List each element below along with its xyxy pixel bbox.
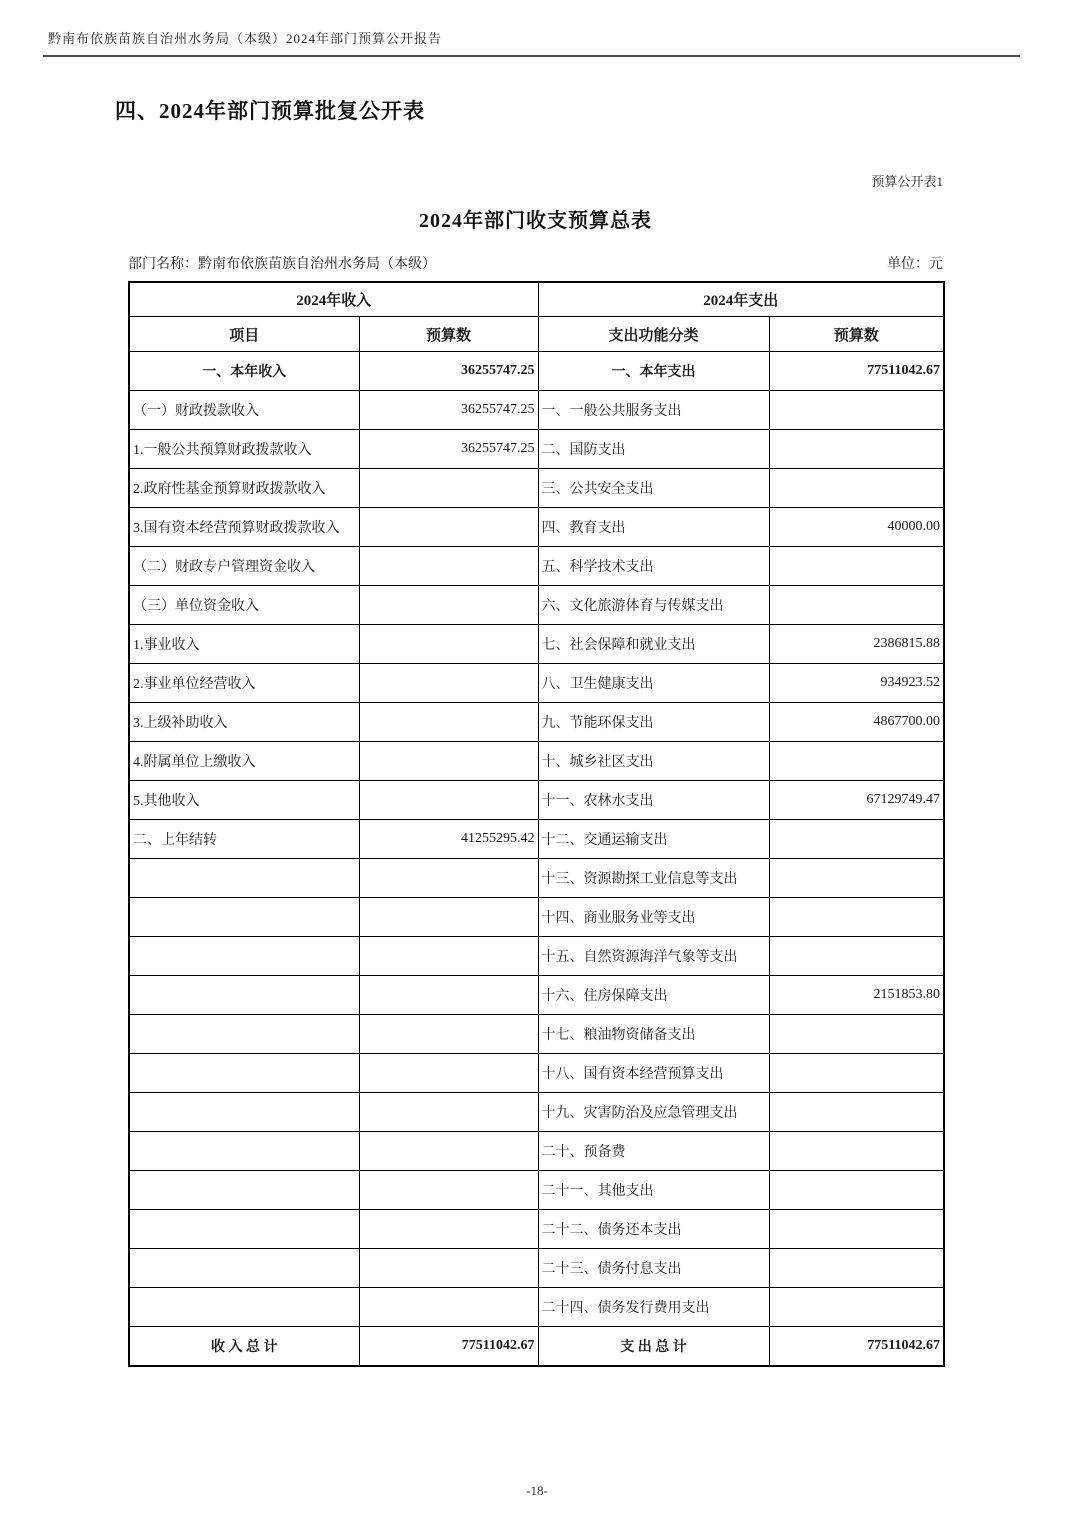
expense-value-cell: [769, 1171, 944, 1210]
document-page: { "page": { "header_title": "黔南布依族苗族自治州水…: [0, 0, 1074, 1520]
expense-item-cell: 十四、商业服务业等支出: [538, 898, 769, 937]
column-header-item: 项目: [129, 317, 359, 352]
income-item-cell: [129, 937, 359, 976]
table-row: 十八、国有资本经营预算支出: [129, 1054, 944, 1093]
page-number: -18-: [0, 1483, 1074, 1499]
department-name: 部门名称：黔南布依族苗族自治州水务局（本级）: [128, 253, 436, 273]
income-section-header: 2024年收入: [129, 282, 538, 317]
table-row: 4.附属单位上缴收入 十、城乡社区支出: [129, 742, 944, 781]
expense-item-cell: 二十四、债务发行费用支出: [538, 1288, 769, 1327]
expense-value-cell: [769, 1210, 944, 1249]
income-value-cell: [359, 937, 538, 976]
income-value-cell: [359, 508, 538, 547]
income-value-cell: 36255747.25: [359, 391, 538, 430]
income-item-cell: 2.政府性基金预算财政拨款收入: [129, 469, 359, 508]
table-row: 5.其他收入 十一、农林水支出 67129749.47: [129, 781, 944, 820]
expense-item-cell: 十七、粮油物资储备支出: [538, 1015, 769, 1054]
table-row: 2.政府性基金预算财政拨款收入 三、公共安全支出: [129, 469, 944, 508]
table-row: 二十二、债务还本支出: [129, 1210, 944, 1249]
expense-value-cell: 40000.00: [769, 508, 944, 547]
table-row: 十六、住房保障支出 2151853.80: [129, 976, 944, 1015]
column-header-budget: 预算数: [359, 317, 538, 352]
income-item-cell: [129, 859, 359, 898]
section-title: 四、2024年部门预算批复公开表: [115, 95, 1074, 125]
income-item-cell: 3.上级补助收入: [129, 703, 359, 742]
expense-item-cell: 一、一般公共服务支出: [538, 391, 769, 430]
table-row: 3.国有资本经营预算财政拨款收入 四、教育支出 40000.00: [129, 508, 944, 547]
income-item-cell: [129, 1288, 359, 1327]
expense-value-cell: 77511042.67: [769, 352, 944, 391]
income-value-cell: [359, 586, 538, 625]
expense-value-cell: [769, 742, 944, 781]
table-row: 十三、资源勘探工业信息等支出: [129, 859, 944, 898]
income-total-label-cell: 收 入 总 计: [129, 1327, 359, 1367]
expense-item-cell: 八、卫生健康支出: [538, 664, 769, 703]
income-item-cell: （二）财政专户管理资金收入: [129, 547, 359, 586]
column-header-budget: 预算数: [769, 317, 944, 352]
table-row: 二十一、其他支出: [129, 1171, 944, 1210]
expense-item-cell: 十三、资源勘探工业信息等支出: [538, 859, 769, 898]
expense-item-cell: 十九、灾害防治及应急管理支出: [538, 1093, 769, 1132]
income-item-cell: （三）单位资金收入: [129, 586, 359, 625]
income-value-cell: [359, 703, 538, 742]
expense-value-cell: [769, 586, 944, 625]
income-value-cell: [359, 1249, 538, 1288]
expense-value-cell: [769, 1288, 944, 1327]
income-value-cell: [359, 1132, 538, 1171]
expense-value-cell: [769, 859, 944, 898]
income-item-cell: [129, 976, 359, 1015]
sheet-meta-row: 部门名称：黔南布依族苗族自治州水务局（本级） 单位：元: [128, 253, 943, 273]
budget-sheet: 预算公开表1 2024年部门收支预算总表 部门名称：黔南布依族苗族自治州水务局（…: [128, 171, 943, 1367]
income-item-cell: 4.附属单位上缴收入: [129, 742, 359, 781]
table-total-row: 收 入 总 计 77511042.67 支 出 总 计 77511042.67: [129, 1327, 944, 1367]
table-section-header-row: 2024年收入 2024年支出: [129, 282, 944, 317]
income-item-cell: [129, 1015, 359, 1054]
table-row: （一）财政拨款收入 36255747.25 一、一般公共服务支出: [129, 391, 944, 430]
expense-item-cell: 十、城乡社区支出: [538, 742, 769, 781]
income-value-cell: [359, 625, 538, 664]
budget-table: 2024年收入 2024年支出 项目 预算数 支出功能分类 预算数 一、本年收入…: [128, 281, 945, 1367]
income-value-cell: [359, 1171, 538, 1210]
income-value-cell: 41255295.42: [359, 820, 538, 859]
income-value-cell: [359, 742, 538, 781]
income-item-cell: [129, 1132, 359, 1171]
income-item-cell: 1.一般公共预算财政拨款收入: [129, 430, 359, 469]
income-value-cell: 36255747.25: [359, 430, 538, 469]
expense-value-cell: [769, 1093, 944, 1132]
expense-total-label-cell: 支 出 总 计: [538, 1327, 769, 1367]
table-row: 1.一般公共预算财政拨款收入 36255747.25 二、国防支出: [129, 430, 944, 469]
page-header-title: 黔南布依族苗族自治州水务局（本级）2024年部门预算公开报告: [48, 28, 1020, 47]
income-value-cell: [359, 1288, 538, 1327]
income-item-cell: 3.国有资本经营预算财政拨款收入: [129, 508, 359, 547]
table-row: 十九、灾害防治及应急管理支出: [129, 1093, 944, 1132]
income-item-cell: 5.其他收入: [129, 781, 359, 820]
income-item-cell: [129, 898, 359, 937]
expense-section-header: 2024年支出: [538, 282, 944, 317]
column-header-function: 支出功能分类: [538, 317, 769, 352]
income-value-cell: 36255747.25: [359, 352, 538, 391]
income-value-cell: [359, 469, 538, 508]
expense-value-cell: [769, 1054, 944, 1093]
income-item-cell: [129, 1093, 359, 1132]
expense-value-cell: [769, 430, 944, 469]
expense-item-cell: 二、国防支出: [538, 430, 769, 469]
table-row: （二）财政专户管理资金收入 五、科学技术支出: [129, 547, 944, 586]
table-row: 二十四、债务发行费用支出: [129, 1288, 944, 1327]
expense-item-cell: 二十三、债务付息支出: [538, 1249, 769, 1288]
expense-item-cell: 十一、农林水支出: [538, 781, 769, 820]
income-value-cell: [359, 1210, 538, 1249]
table-row: 十四、商业服务业等支出: [129, 898, 944, 937]
income-item-cell: [129, 1171, 359, 1210]
expense-value-cell: 2151853.80: [769, 976, 944, 1015]
expense-item-cell: 七、社会保障和就业支出: [538, 625, 769, 664]
income-value-cell: [359, 1015, 538, 1054]
expense-value-cell: 67129749.47: [769, 781, 944, 820]
income-value-cell: [359, 859, 538, 898]
expense-value-cell: [769, 1249, 944, 1288]
table-row: 1.事业收入 七、社会保障和就业支出 2386815.88: [129, 625, 944, 664]
income-value-cell: [359, 1093, 538, 1132]
income-item-cell: 一、本年收入: [129, 352, 359, 391]
expense-total-value-cell: 77511042.67: [769, 1327, 944, 1367]
income-value-cell: [359, 664, 538, 703]
expense-item-cell: 十二、交通运输支出: [538, 820, 769, 859]
expense-value-cell: [769, 820, 944, 859]
expense-item-cell: 十六、住房保障支出: [538, 976, 769, 1015]
expense-item-cell: 六、文化旅游体育与传媒支出: [538, 586, 769, 625]
income-item-cell: （一）财政拨款收入: [129, 391, 359, 430]
expense-item-cell: 十五、自然资源海洋气象等支出: [538, 937, 769, 976]
expense-item-cell: 二十、预备费: [538, 1132, 769, 1171]
expense-value-cell: [769, 469, 944, 508]
income-total-value-cell: 77511042.67: [359, 1327, 538, 1367]
expense-value-cell: [769, 937, 944, 976]
expense-value-cell: 2386815.88: [769, 625, 944, 664]
expense-value-cell: [769, 1015, 944, 1054]
expense-value-cell: 4867700.00: [769, 703, 944, 742]
income-item-cell: [129, 1054, 359, 1093]
unit-label: 单位：元: [887, 253, 943, 273]
income-item-cell: 二、上年结转: [129, 820, 359, 859]
income-item-cell: 2.事业单位经营收入: [129, 664, 359, 703]
income-item-cell: [129, 1210, 359, 1249]
expense-value-cell: 934923.52: [769, 664, 944, 703]
expense-item-cell: 九、节能环保支出: [538, 703, 769, 742]
income-item-cell: [129, 1249, 359, 1288]
income-item-cell: 1.事业收入: [129, 625, 359, 664]
sheet-title: 2024年部门收支预算总表: [128, 204, 943, 233]
table-row: 一、本年收入 36255747.25 一、本年支出 77511042.67: [129, 352, 944, 391]
table-row: 二十、预备费: [129, 1132, 944, 1171]
expense-value-cell: [769, 547, 944, 586]
expense-value-cell: [769, 898, 944, 937]
income-value-cell: [359, 1054, 538, 1093]
table-row: 二、上年结转 41255295.42 十二、交通运输支出: [129, 820, 944, 859]
expense-item-cell: 五、科学技术支出: [538, 547, 769, 586]
expense-item-cell: 一、本年支出: [538, 352, 769, 391]
income-value-cell: [359, 547, 538, 586]
table-column-header-row: 项目 预算数 支出功能分类 预算数: [129, 317, 944, 352]
expense-value-cell: [769, 391, 944, 430]
expense-item-cell: 二十二、债务还本支出: [538, 1210, 769, 1249]
table-row: 十五、自然资源海洋气象等支出: [129, 937, 944, 976]
expense-value-cell: [769, 1132, 944, 1171]
table-row: （三）单位资金收入 六、文化旅游体育与传媒支出: [129, 586, 944, 625]
table-row: 十七、粮油物资储备支出: [129, 1015, 944, 1054]
expense-item-cell: 三、公共安全支出: [538, 469, 769, 508]
income-value-cell: [359, 976, 538, 1015]
sheet-label: 预算公开表1: [128, 171, 943, 190]
table-row: 3.上级补助收入 九、节能环保支出 4867700.00: [129, 703, 944, 742]
header-rule: [43, 55, 1020, 57]
table-row: 二十三、债务付息支出: [129, 1249, 944, 1288]
table-row: 2.事业单位经营收入 八、卫生健康支出 934923.52: [129, 664, 944, 703]
expense-item-cell: 四、教育支出: [538, 508, 769, 547]
income-value-cell: [359, 781, 538, 820]
expense-item-cell: 二十一、其他支出: [538, 1171, 769, 1210]
expense-item-cell: 十八、国有资本经营预算支出: [538, 1054, 769, 1093]
income-value-cell: [359, 898, 538, 937]
